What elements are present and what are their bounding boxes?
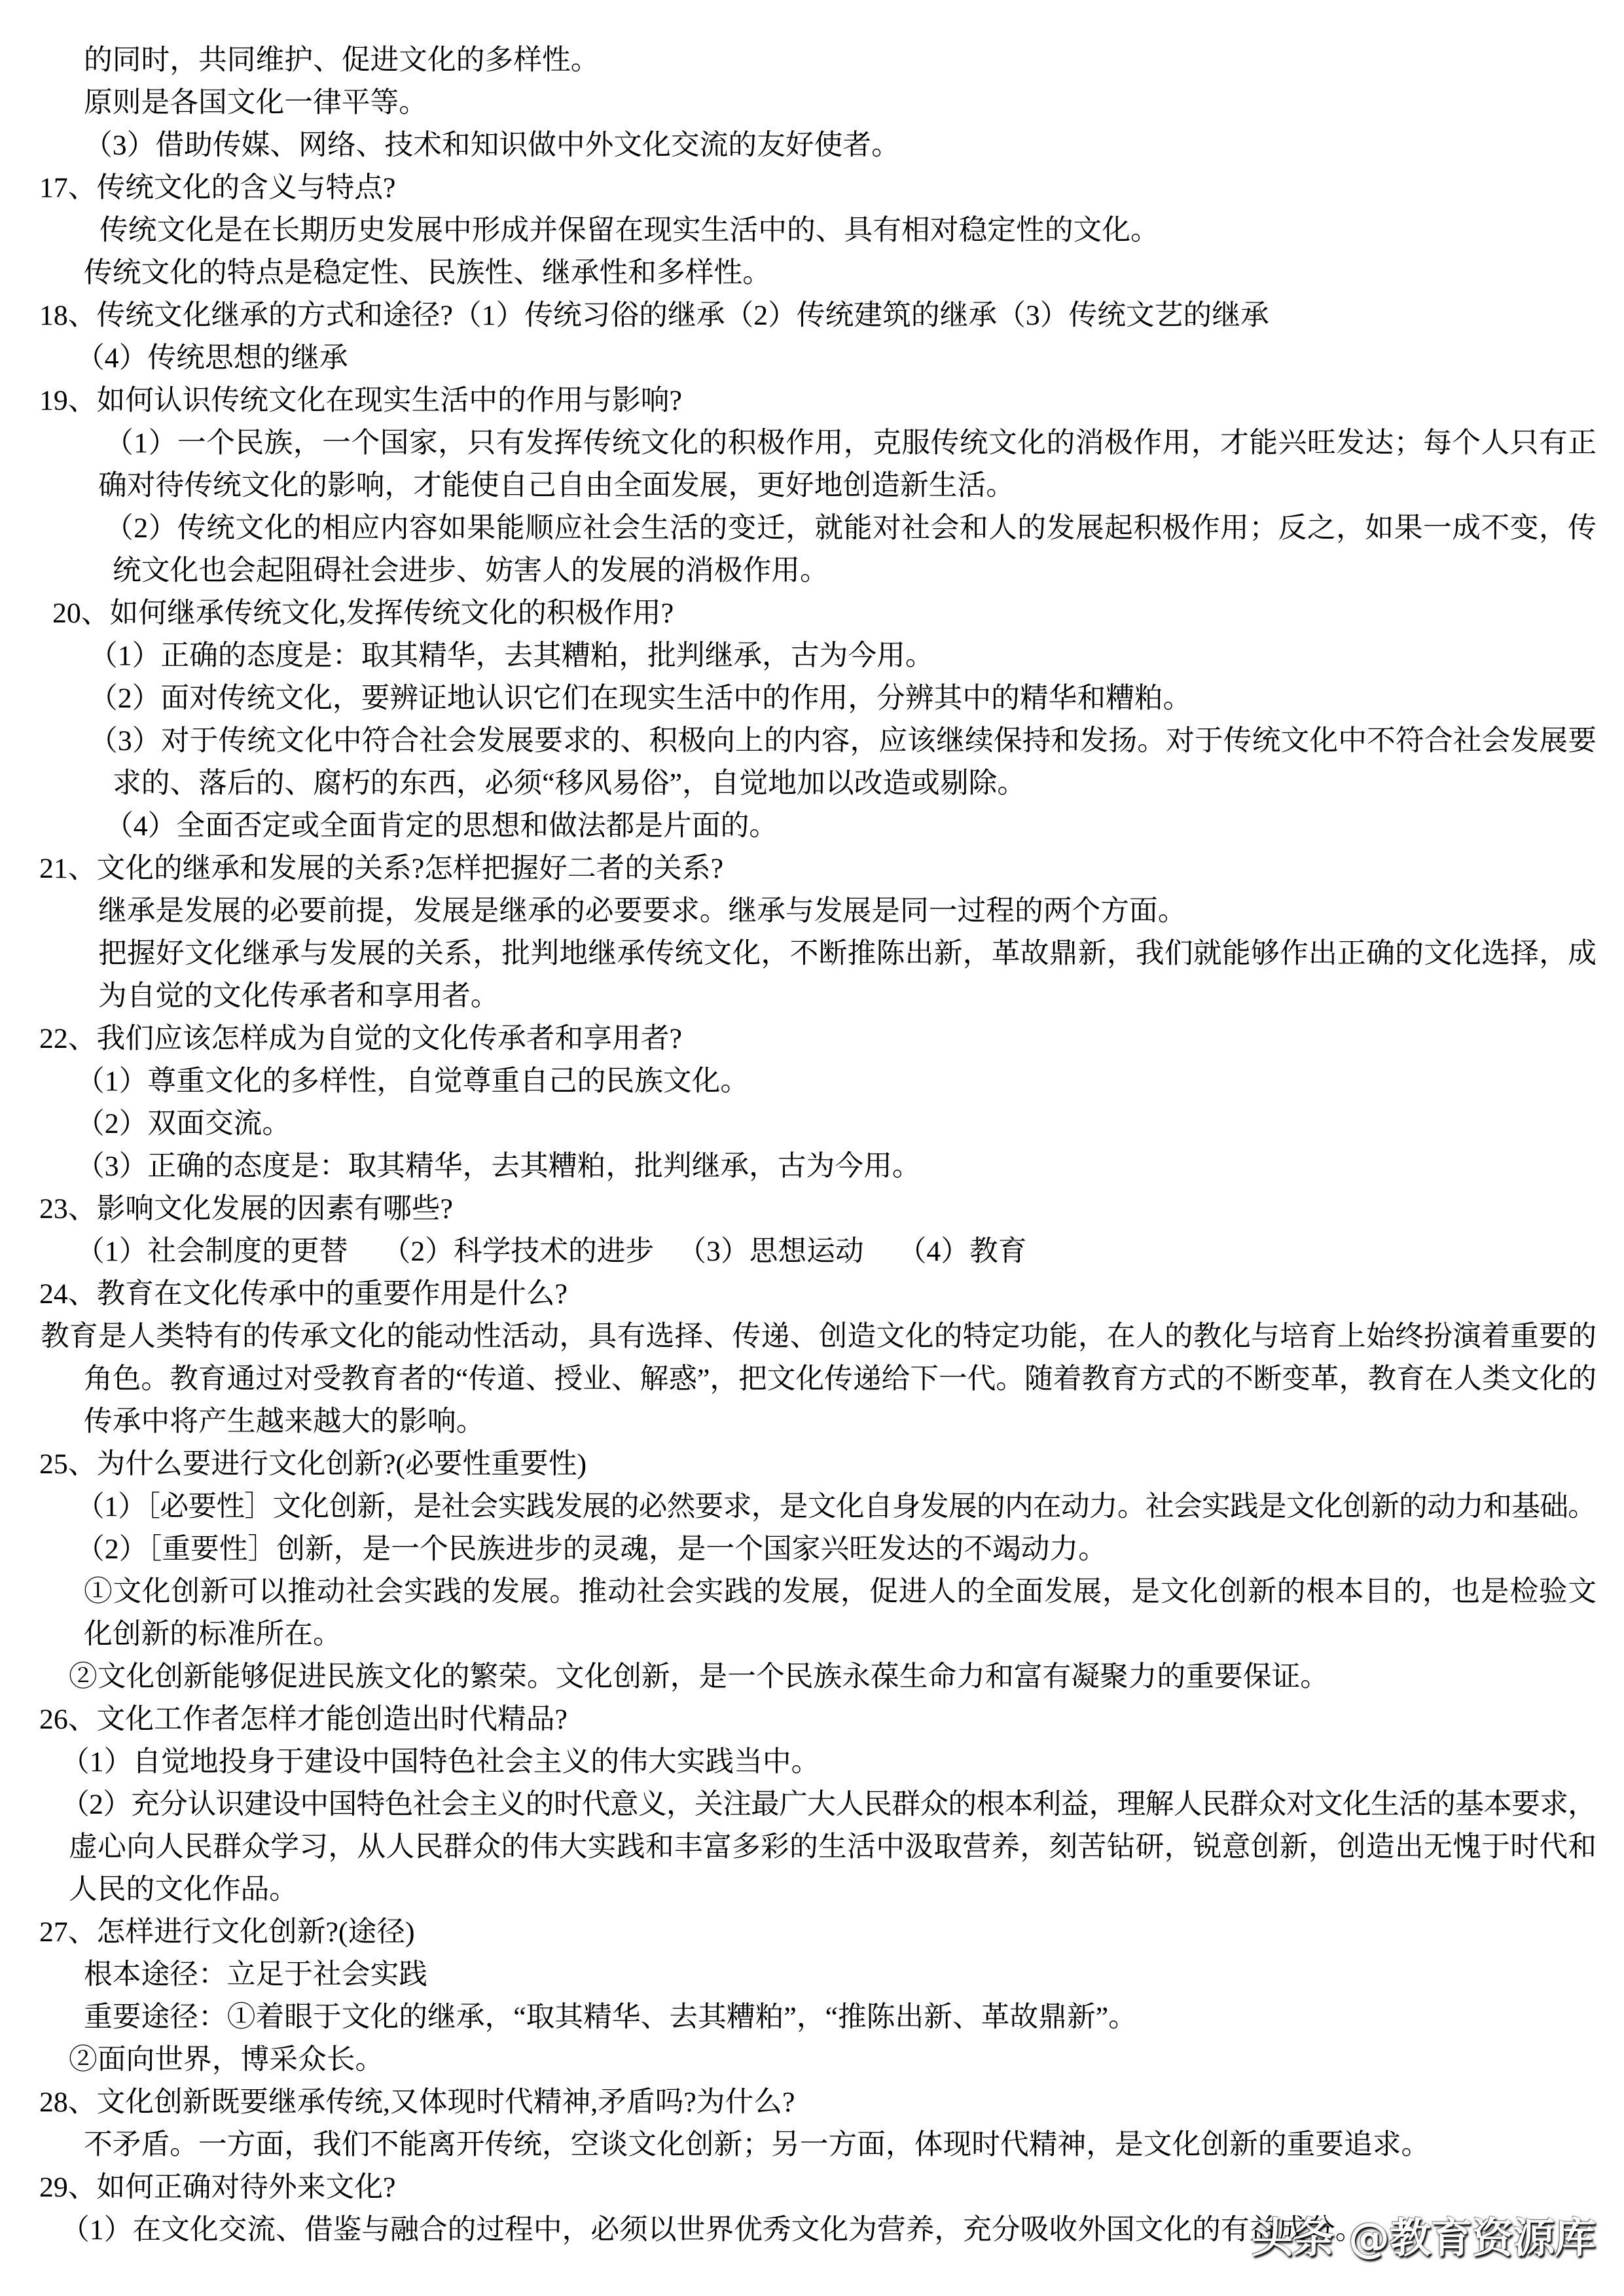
answer-line: （1）尊重文化的多样性，自觉尊重自己的民族文化。: [0, 1060, 1624, 1103]
continuation-line: 原则是各国文化一律平等。: [0, 82, 1624, 124]
watermark: 头条@教育资源库: [1252, 2217, 1596, 2259]
answer-line: 求的、落后的、腐朽的东西，必须“移风易俗”，自觉地加以改造或剔除。: [0, 762, 1624, 805]
answer-line: 传承中将产生越来越大的影响。: [0, 1401, 1624, 1443]
question-heading: 20、如何继承传统文化,发挥传统文化的积极作用?: [0, 592, 1624, 635]
question-heading: 19、如何认识传统文化在现实生活中的作用与影响?: [0, 380, 1624, 422]
answer-line: 化创新的标准所在。: [0, 1613, 1624, 1656]
watermark-brand: 头条: [1252, 2214, 1334, 2262]
answer-line: （1）自觉地投身于建设中国特色社会主义的伟大实践当中。: [0, 1741, 1624, 1784]
answer-line: （2）［重要性］创新，是一个民族进步的灵魂，是一个国家兴旺发达的不竭动力。: [0, 1528, 1624, 1571]
factor-item: （1）社会制度的更替: [76, 1236, 348, 1267]
factor-item: （3）思想运动: [677, 1236, 863, 1267]
answer-line: 为自觉的文化传承者和享用者。: [0, 975, 1624, 1018]
question-heading: 22、我们应该怎样成为自觉的文化传承者和享用者?: [0, 1018, 1624, 1060]
inline-answer: （1）传统习俗的继承（2）传统建筑的继承（3）传统文艺的继承: [453, 300, 1269, 331]
answer-line: 把握好文化继承与发展的关系，批判地继承传统文化，不断推陈出新，革故鼎新，我们就能…: [0, 933, 1624, 975]
answer-line: 传统文化是在长期历史发展中形成并保留在现实生活中的、具有相对稳定性的文化。: [0, 209, 1624, 252]
answer-line: （1）［必要性］文化创新，是社会实践发展的必然要求，是文化自身发展的内在动力。社…: [0, 1486, 1624, 1528]
factor-item: （4）教育: [898, 1236, 1027, 1267]
answer-line: 统文化也会起阻碍社会进步、妨害人的发展的消极作用。: [0, 550, 1624, 592]
continuation-line: （3）借助传媒、网络、技术和知识做中外文化交流的友好使者。: [0, 124, 1624, 167]
answer-line: （4）传统思想的继承: [0, 337, 1624, 380]
question-heading: 18、传统文化继承的方式和途径?: [39, 300, 453, 331]
answer-line: ②面向世界，博采众长。: [0, 2039, 1624, 2081]
answer-line: 虚心向人民群众学习，从人民群众的伟大实践和丰富多彩的生活中汲取营养，刻苦钻研，锐…: [0, 1826, 1624, 1869]
watermark-handle: @教育资源库: [1348, 2214, 1596, 2262]
question-heading: 24、教育在文化传承中的重要作用是什么?: [0, 1273, 1624, 1316]
question-heading: 27、怎样进行文化创新?(途径): [0, 1911, 1624, 1954]
answer-line: 确对待传统文化的影响，才能使自己自由全面发展，更好地创造新生活。: [0, 465, 1624, 507]
answer-line: （2）传统文化的相应内容如果能顺应社会生活的变迁，就能对社会和人的发展起积极作用…: [0, 507, 1624, 550]
question-heading-row: 18、传统文化继承的方式和途径?（1）传统习俗的继承（2）传统建筑的继承（3）传…: [0, 295, 1624, 337]
answer-line: （3）正确的态度是：取其精华，去其糟粕，批判继承，古为今用。: [0, 1145, 1624, 1188]
answer-line: 教育是人类特有的传承文化的能动性活动，具有选择、传递、创造文化的特定功能，在人的…: [0, 1316, 1624, 1358]
answer-line: 传统文化的特点是稳定性、民族性、继承性和多样性。: [0, 252, 1624, 295]
question-heading: 25、为什么要进行文化创新?(必要性重要性): [0, 1443, 1624, 1486]
answer-line: （2）面对传统文化，要辨证地认识它们在现实生活中的作用，分辨其中的精华和糟粕。: [0, 677, 1624, 720]
answer-line: （2）双面交流。: [0, 1103, 1624, 1145]
question-heading: 26、文化工作者怎样才能创造出时代精品?: [0, 1698, 1624, 1741]
question-heading: 29、如何正确对待外来文化?: [0, 2166, 1624, 2209]
answer-line: （3）对于传统文化中符合社会发展要求的、积极向上的内容，应该继续保持和发扬。对于…: [0, 720, 1624, 762]
question-heading: 21、文化的继承和发展的关系?怎样把握好二者的关系?: [0, 848, 1624, 890]
factor-item: （2）科学技术的进步: [382, 1236, 655, 1267]
document-body: 的同时，共同维护、促进文化的多样性。 原则是各国文化一律平等。 （3）借助传媒、…: [0, 39, 1624, 2251]
answer-line: 角色。教育通过对受教育者的“传道、授业、解惑”，把文化传递给下一代。随着教育方式…: [0, 1358, 1624, 1401]
question-heading: 23、影响文化发展的因素有哪些?: [0, 1188, 1624, 1230]
continuation-line: 的同时，共同维护、促进文化的多样性。: [0, 39, 1624, 82]
answer-line: （1）一个民族，一个国家，只有发挥传统文化的积极作用，克服传统文化的消极作用，才…: [0, 422, 1624, 465]
document-page: 的同时，共同维护、促进文化的多样性。 原则是各国文化一律平等。 （3）借助传媒、…: [0, 0, 1624, 2296]
answer-line: ①文化创新可以推动社会实践的发展。推动社会实践的发展，促进人的全面发展，是文化创…: [0, 1571, 1624, 1613]
answer-line: （1）正确的态度是：取其精华，去其糟粕，批判继承，古为今用。: [0, 635, 1624, 677]
answer-line: 继承是发展的必要前提，发展是继承的必要要求。继承与发展是同一过程的两个方面。: [0, 890, 1624, 933]
answer-line: 人民的文化作品。: [0, 1869, 1624, 1911]
answer-line: 重要途径：①着眼于文化的继承，“取其精华、去其糟粕”，“推陈出新、革故鼎新”。: [0, 1996, 1624, 2039]
answer-line: 不矛盾。一方面，我们不能离开传统，空谈文化创新；另一方面，体现时代精神，是文化创…: [0, 2124, 1624, 2166]
answer-line: ②文化创新能够促进民族文化的繁荣。文化创新，是一个民族永葆生命力和富有凝聚力的重…: [0, 1656, 1624, 1698]
answer-line: （4）全面否定或全面肯定的思想和做法都是片面的。: [0, 805, 1624, 848]
factor-list: （1）社会制度的更替（2）科学技术的进步（3）思想运动（4）教育: [0, 1230, 1624, 1273]
answer-line: 根本途径：立足于社会实践: [0, 1954, 1624, 1996]
question-heading: 17、传统文化的含义与特点?: [0, 167, 1624, 209]
question-heading: 28、文化创新既要继承传统,又体现时代精神,矛盾吗?为什么?: [0, 2081, 1624, 2124]
answer-line: （2）充分认识建设中国特色社会主义的时代意义，关注最广大人民群众的根本利益，理解…: [0, 1784, 1624, 1826]
